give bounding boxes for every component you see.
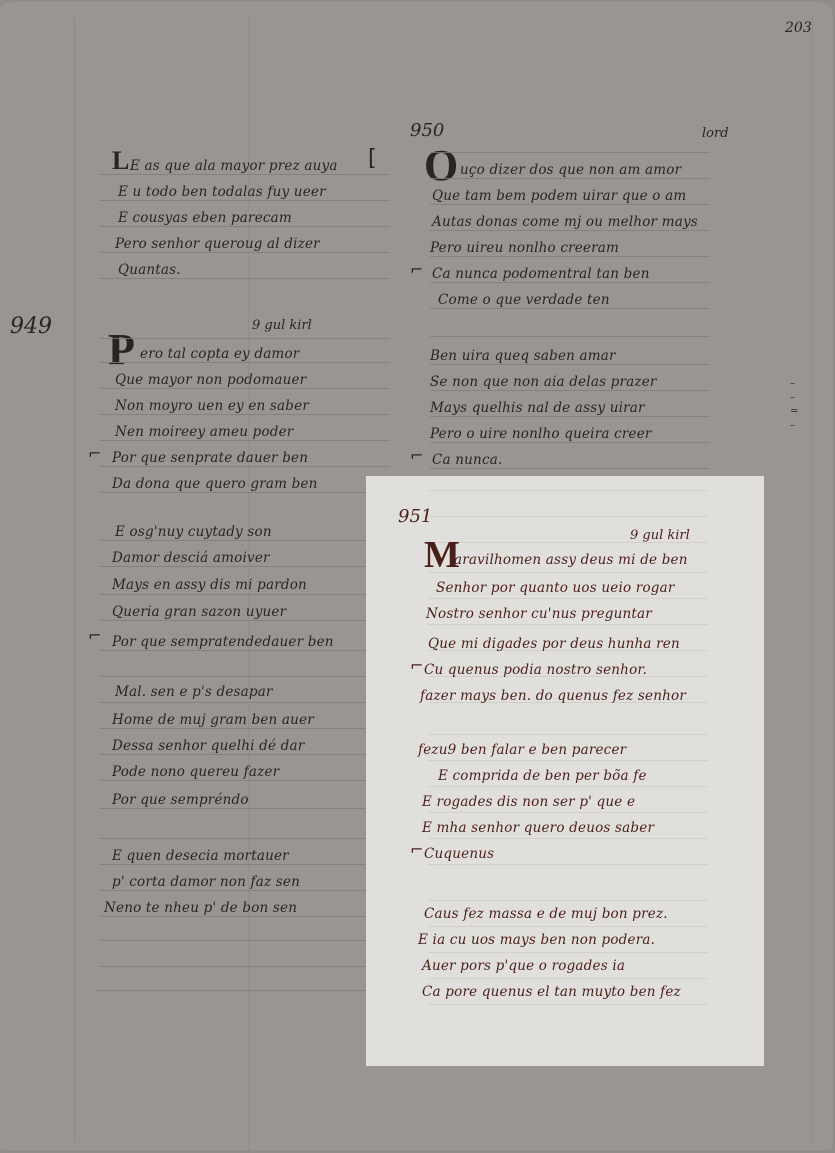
verse-line: Que mi digades por deus hunha ren xyxy=(428,636,680,652)
poem-number: 951 xyxy=(398,506,432,527)
ruled-line xyxy=(428,838,708,839)
ruled-line xyxy=(428,572,708,573)
verse-line: Pero o uire nonlho queira creer xyxy=(430,426,652,442)
poem-number: 950 xyxy=(410,120,444,141)
ruled-line xyxy=(100,492,370,493)
highlighted-region-poem-951: 951 9 gul kirl M aravilhomen assy deus m… xyxy=(366,476,764,1066)
ruled-line xyxy=(430,364,710,365)
verse-line: Mays en assy dis mi pardon xyxy=(112,577,307,593)
ruled-line xyxy=(100,620,370,621)
ruled-line xyxy=(100,594,370,595)
marginal-note: lord xyxy=(702,126,729,141)
initial-letter: O xyxy=(424,144,458,188)
verse-line: uço dizer dos que non am amor xyxy=(460,162,681,178)
verse-line: E u todo ben todalas fuy ueer xyxy=(118,184,326,200)
ruled-line xyxy=(430,282,710,283)
refrain-mark: ⌐ xyxy=(88,444,101,463)
ruled-line xyxy=(100,362,390,363)
margin-marks: ––=– xyxy=(790,377,798,433)
verse-line: Mays quelhis nal de assy uirar xyxy=(430,400,645,416)
ruled-line xyxy=(100,174,390,175)
ruled-line xyxy=(100,728,370,729)
ruled-line xyxy=(428,516,708,517)
verse-line: E rogades dis non ser p' que e xyxy=(422,794,635,810)
ruled-line xyxy=(430,468,710,469)
ruled-line xyxy=(430,442,710,443)
ruled-line xyxy=(428,812,708,813)
margin-ruling-left xyxy=(74,17,75,1142)
verse-line: E mha senhor quero deuos saber xyxy=(422,820,654,836)
ruled-line xyxy=(428,598,708,599)
ruled-line xyxy=(430,178,710,179)
refrain-mark: ⌐ xyxy=(410,260,423,279)
marginal-note: 9 gul kirl xyxy=(252,318,312,333)
folio-number: 203 xyxy=(785,20,812,36)
verse-line: p' corta damor non faz sen xyxy=(112,874,300,890)
verse-line: Nen moireey ameu poder xyxy=(115,424,293,440)
verse-line: Ben uira queq saben amar xyxy=(430,348,616,364)
verse-line: Neno te nheu p' de bon sen xyxy=(104,900,297,916)
refrain-mark: ⌐ xyxy=(410,840,423,859)
verse-line: Por que sempratendedauer ben xyxy=(112,634,334,650)
verse-line: Dessa senhor quelhi dé dar xyxy=(112,738,304,754)
ruled-line xyxy=(100,200,390,201)
verse-line: E quen desecia mortauer xyxy=(112,848,289,864)
refrain-mark: ⌐ xyxy=(410,446,423,465)
ruled-line xyxy=(428,926,708,927)
verse-line: Da dona que quero gram ben xyxy=(112,476,318,492)
ruled-line xyxy=(428,760,708,761)
ruled-line xyxy=(100,838,370,839)
ruled-line xyxy=(100,414,390,415)
verse-line: fezu9 ben falar e ben parecer xyxy=(418,742,626,758)
ruled-line xyxy=(428,734,708,735)
ruled-line xyxy=(430,308,710,309)
ruled-line xyxy=(100,864,370,865)
bracket-mark: [ xyxy=(368,146,377,171)
verse-line: Por que senprate dauer ben xyxy=(112,450,308,466)
ruled-line xyxy=(428,978,708,979)
verse-line: E cousyas eben parecam xyxy=(118,210,292,226)
verse-line: Pero uireu nonlho creeram xyxy=(430,240,619,256)
ruled-line xyxy=(100,676,370,677)
margin-ruling-right xyxy=(812,17,813,1142)
initial-letter: P xyxy=(108,328,135,372)
ruled-line xyxy=(100,808,370,809)
verse-line: fazer mays ben. do quenus fez senhor xyxy=(420,688,686,704)
ruled-line xyxy=(430,390,710,391)
verse-line: E osg'nuy cuytady son xyxy=(115,524,272,540)
ruled-line xyxy=(100,388,390,389)
verse-line: Que tam bem podem uirar que o am xyxy=(432,188,686,204)
marginal-note: 9 gul kirl xyxy=(630,528,690,543)
verse-line: Mal. sen e p's desapar xyxy=(115,684,273,700)
ruled-line xyxy=(100,338,390,339)
ruled-line xyxy=(428,786,708,787)
ruled-line xyxy=(428,900,708,901)
verse-line: Non moyro uen ey en saber xyxy=(115,398,309,414)
ruled-line xyxy=(430,230,710,231)
verse-line: Se non que non aia delas prazer xyxy=(430,374,657,390)
ruled-line xyxy=(100,566,370,567)
ruled-line xyxy=(430,204,710,205)
verse-line: Autas donas come mj ou melhor mays xyxy=(432,214,698,230)
ruled-line xyxy=(100,540,370,541)
verse-line: Caus fez massa e de muj bon prez. xyxy=(424,906,668,922)
ruled-line xyxy=(100,226,390,227)
ruled-line xyxy=(428,952,708,953)
ruled-line xyxy=(430,336,710,337)
verse-line: Senhor por quanto uos ueio rogar xyxy=(436,580,675,596)
verse-line: aravilhomen assy deus mi de ben xyxy=(454,552,688,568)
ruled-line xyxy=(428,864,708,865)
ruled-line xyxy=(430,256,710,257)
verse-line: Auer pors p'que o rogades ia xyxy=(422,958,625,974)
verse-line: Ca nunca. xyxy=(432,452,502,468)
ruled-line xyxy=(100,966,370,967)
verse-line: Home de muj gram ben auer xyxy=(112,712,314,728)
ruled-line xyxy=(428,1004,708,1005)
initial-letter: L xyxy=(112,148,129,174)
ruled-line xyxy=(100,278,390,279)
ruled-line xyxy=(100,916,370,917)
ruled-line xyxy=(100,252,390,253)
ruled-line xyxy=(428,490,708,491)
verse-line: E as que ala mayor prez auya xyxy=(130,158,338,174)
verse-line: Damor desciá amoiver xyxy=(112,550,270,566)
verse-line: Cu quenus podia nostro senhor. xyxy=(424,662,647,678)
verse-line: Queria gran sazon uyuer xyxy=(112,604,286,620)
verse-line: Quantas. xyxy=(118,262,181,278)
verse-line: E comprida de ben per bõa fe xyxy=(438,768,647,784)
ruled-line xyxy=(100,890,370,891)
ruled-line xyxy=(100,440,390,441)
ruled-line xyxy=(430,416,710,417)
ruled-line xyxy=(100,702,370,703)
verse-line: Cuquenus xyxy=(424,846,494,862)
refrain-mark: ⌐ xyxy=(88,626,101,645)
ruled-line xyxy=(100,466,390,467)
verse-line: Por que sempréndo xyxy=(112,792,249,808)
verse-line: Ca pore quenus el tan muyto ben fez xyxy=(422,984,681,1000)
verse-line: Nostro senhor cu'nus preguntar xyxy=(426,606,652,622)
poem-number: 949 xyxy=(10,314,52,339)
ruled-line xyxy=(100,940,370,941)
verse-line: E ia cu uos mays ben non podera. xyxy=(418,932,655,948)
verse-line: Ca nunca podomentral tan ben xyxy=(432,266,650,282)
verse-line: Pode nono quereu fazer xyxy=(112,764,279,780)
refrain-mark: ⌐ xyxy=(410,656,423,675)
ruled-line xyxy=(100,754,370,755)
verse-line: ero tal copta ey damor xyxy=(140,346,299,362)
verse-line: Come o que verdade ten xyxy=(438,292,610,308)
ruled-line xyxy=(428,624,708,625)
ruled-line xyxy=(100,650,370,651)
verse-line: Que mayor non podomauer xyxy=(115,372,306,388)
ruled-line xyxy=(96,990,370,991)
ruled-line xyxy=(430,152,710,153)
ruled-line xyxy=(100,780,370,781)
verse-line: Pero senhor queroug al dizer xyxy=(115,236,320,252)
